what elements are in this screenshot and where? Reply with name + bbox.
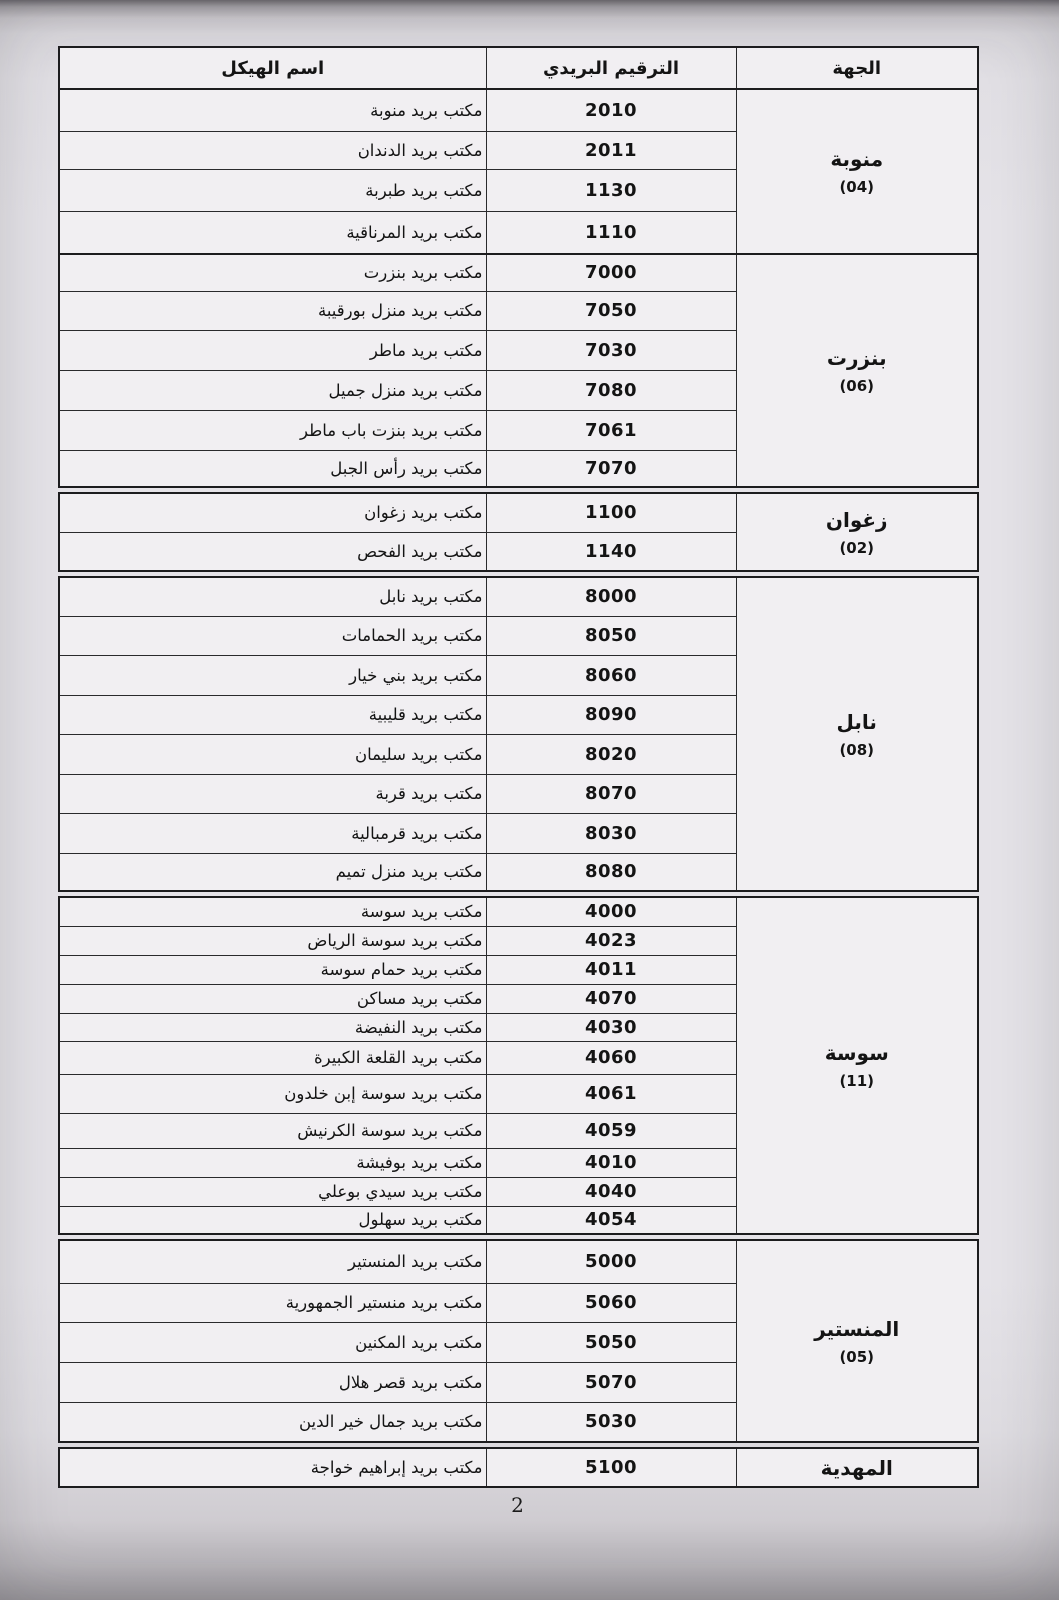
- column-header-region: الجهة: [736, 47, 978, 89]
- postal-code-cell: 1140: [486, 532, 736, 571]
- region-cell: نابل (08): [736, 577, 978, 891]
- postal-code-cell: 1130: [486, 169, 736, 211]
- region-cell: المهدية: [736, 1448, 978, 1487]
- office-name-cell: مكتب بريد بنزرت: [59, 254, 486, 291]
- postal-code-cell: 7000: [486, 254, 736, 291]
- office-name-cell: مكتب بريد المكنين: [59, 1322, 486, 1362]
- postal-code-cell: 4040: [486, 1177, 736, 1206]
- region-number: (05): [738, 1348, 977, 1366]
- column-header-postal-code: الترقيم البريدي: [486, 47, 736, 89]
- office-name-cell: مكتب بريد جمال خير الدين: [59, 1402, 486, 1442]
- table-row: مكتب بريد المنستير 5000 المنستير (05): [59, 1240, 978, 1283]
- region-group-monastir: مكتب بريد المنستير 5000 المنستير (05) مك…: [58, 1239, 979, 1443]
- postal-code-cell: 8030: [486, 813, 736, 853]
- office-name-cell: مكتب بريد طبربة: [59, 169, 486, 211]
- region-number: (04): [738, 178, 977, 196]
- region-group-bizerte: مكتب بريد بنزرت 7000 بنزرت (06) مكتب بري…: [58, 253, 979, 488]
- postal-code-cell: 8050: [486, 616, 736, 655]
- office-name-cell: مكتب بريد مساكن: [59, 984, 486, 1013]
- postal-code-cell: 2010: [486, 89, 736, 131]
- scanned-document-page: اسم الهيكل الترقيم البريدي الجهة مكتب بر…: [0, 0, 1059, 1600]
- table-row: مكتب بريد زغوان 1100 زغوان (02): [59, 493, 978, 532]
- office-name-cell: مكتب بريد سهلول: [59, 1206, 486, 1234]
- region-label: المهدية: [738, 1456, 977, 1480]
- office-name-cell: مكتب بريد حمام سوسة: [59, 955, 486, 984]
- postal-code-cell: 7050: [486, 291, 736, 330]
- postal-code-cell: 4070: [486, 984, 736, 1013]
- postal-code-cell: 4061: [486, 1074, 736, 1113]
- postal-code-cell: 8020: [486, 734, 736, 774]
- column-header-structure-name: اسم الهيكل: [59, 47, 486, 89]
- postal-code-cell: 2011: [486, 131, 736, 169]
- table-row: مكتب بريد نابل 8000 نابل (08): [59, 577, 978, 616]
- postal-code-cell: 5000: [486, 1240, 736, 1283]
- region-label: المنستير: [738, 1317, 977, 1341]
- office-name-cell: مكتب بريد قليبية: [59, 695, 486, 734]
- office-name-cell: مكتب بريد بنزت باب ماطر: [59, 410, 486, 450]
- postal-code-cell: 4030: [486, 1013, 736, 1041]
- page-number: 2: [58, 1493, 977, 1517]
- postal-code-cell: 8060: [486, 655, 736, 695]
- office-name-cell: مكتب بريد المرناقية: [59, 211, 486, 254]
- region-label: سوسة: [738, 1041, 977, 1065]
- postal-code-cell: 7030: [486, 330, 736, 370]
- region-label: منوبة: [738, 147, 977, 171]
- region-label: بنزرت: [738, 346, 977, 370]
- office-name-cell: مكتب بريد ماطر: [59, 330, 486, 370]
- region-cell: زغوان (02): [736, 493, 978, 571]
- office-name-cell: مكتب بريد قرمبالية: [59, 813, 486, 853]
- office-name-cell: مكتب بريد سليمان: [59, 734, 486, 774]
- postal-code-cell: 8000: [486, 577, 736, 616]
- office-name-cell: مكتب بريد بني خيار: [59, 655, 486, 695]
- office-name-cell: مكتب بريد قربة: [59, 774, 486, 813]
- office-name-cell: مكتب بريد قصر هلال: [59, 1362, 486, 1402]
- table-header: اسم الهيكل الترقيم البريدي الجهة: [58, 46, 979, 90]
- postal-code-cell: 4010: [486, 1148, 736, 1177]
- table-row: مكتب بريد بنزرت 7000 بنزرت (06): [59, 254, 978, 291]
- region-group-manouba: مكتب بريد منوبة 2010 منوبة (04) مكتب بري…: [58, 88, 979, 255]
- office-name-cell: مكتب بريد منزل جميل: [59, 370, 486, 410]
- office-name-cell: مكتب بريد المنستير: [59, 1240, 486, 1283]
- office-name-cell: مكتب بريد زغوان: [59, 493, 486, 532]
- postal-code-cell: 4011: [486, 955, 736, 984]
- region-group-sousse: مكتب بريد سوسة 4000 سوسة (11) مكتب بريد …: [58, 896, 979, 1235]
- office-name-cell: مكتب بريد الدندان: [59, 131, 486, 169]
- header-row: اسم الهيكل الترقيم البريدي الجهة: [59, 47, 978, 89]
- postal-code-cell: 8090: [486, 695, 736, 734]
- postal-code-cell: 7061: [486, 410, 736, 450]
- office-name-cell: مكتب بريد سيدي بوعلي: [59, 1177, 486, 1206]
- table-row: مكتب بريد منوبة 2010 منوبة (04): [59, 89, 978, 131]
- office-name-cell: مكتب بريد إبراهيم خواجة: [59, 1448, 486, 1487]
- office-name-cell: مكتب بريد منوبة: [59, 89, 486, 131]
- region-number: (11): [738, 1072, 977, 1090]
- office-name-cell: مكتب بريد سوسة إبن خلدون: [59, 1074, 486, 1113]
- postal-code-cell: 7080: [486, 370, 736, 410]
- region-cell: سوسة (11): [736, 897, 978, 1234]
- postal-code-cell: 8080: [486, 853, 736, 891]
- region-number: (02): [738, 539, 977, 557]
- office-name-cell: مكتب بريد الحمامات: [59, 616, 486, 655]
- postal-code-cell: 4060: [486, 1041, 736, 1074]
- region-label: نابل: [738, 710, 977, 734]
- office-name-cell: مكتب بريد النفيضة: [59, 1013, 486, 1041]
- postal-code-cell: 7070: [486, 450, 736, 487]
- office-name-cell: مكتب بريد منستير الجمهورية: [59, 1283, 486, 1322]
- postal-code-cell: 4023: [486, 926, 736, 955]
- office-name-cell: مكتب بريد رأس الجبل: [59, 450, 486, 487]
- postal-code-cell: 1100: [486, 493, 736, 532]
- table-row: مكتب بريد إبراهيم خواجة 5100 المهدية: [59, 1448, 978, 1487]
- region-number: (08): [738, 741, 977, 759]
- office-name-cell: مكتب بريد القلعة الكبيرة: [59, 1041, 486, 1074]
- postal-code-cell: 8070: [486, 774, 736, 813]
- postal-code-cell: 5060: [486, 1283, 736, 1322]
- postal-code-cell: 1110: [486, 211, 736, 254]
- postal-code-cell: 4054: [486, 1206, 736, 1234]
- postal-code-cell: 5100: [486, 1448, 736, 1487]
- postal-code-cell: 4000: [486, 897, 736, 926]
- region-cell: منوبة (04): [736, 89, 978, 254]
- post-office-table: اسم الهيكل الترقيم البريدي الجهة مكتب بر…: [58, 46, 977, 1517]
- postal-code-cell: 5030: [486, 1402, 736, 1442]
- postal-code-cell: 5070: [486, 1362, 736, 1402]
- region-group-nabeul: مكتب بريد نابل 8000 نابل (08) مكتب بريد …: [58, 576, 979, 892]
- table-row: مكتب بريد سوسة 4000 سوسة (11): [59, 897, 978, 926]
- office-name-cell: مكتب بريد الفحص: [59, 532, 486, 571]
- postal-code-cell: 5050: [486, 1322, 736, 1362]
- region-group-zaghouan: مكتب بريد زغوان 1100 زغوان (02) مكتب بري…: [58, 492, 979, 572]
- postal-code-cell: 4059: [486, 1113, 736, 1148]
- region-group-mahdia: مكتب بريد إبراهيم خواجة 5100 المهدية: [58, 1447, 979, 1488]
- region-cell: المنستير (05): [736, 1240, 978, 1442]
- office-name-cell: مكتب بريد سوسة الكرنيش: [59, 1113, 486, 1148]
- region-label: زغوان: [738, 508, 977, 532]
- office-name-cell: مكتب بريد منزل تميم: [59, 853, 486, 891]
- office-name-cell: مكتب بريد سوسة: [59, 897, 486, 926]
- office-name-cell: مكتب بريد سوسة الرياض: [59, 926, 486, 955]
- region-cell: بنزرت (06): [736, 254, 978, 487]
- office-name-cell: مكتب بريد منزل بورقيبة: [59, 291, 486, 330]
- office-name-cell: مكتب بريد نابل: [59, 577, 486, 616]
- office-name-cell: مكتب بريد بوفيشة: [59, 1148, 486, 1177]
- region-number: (06): [738, 377, 977, 395]
